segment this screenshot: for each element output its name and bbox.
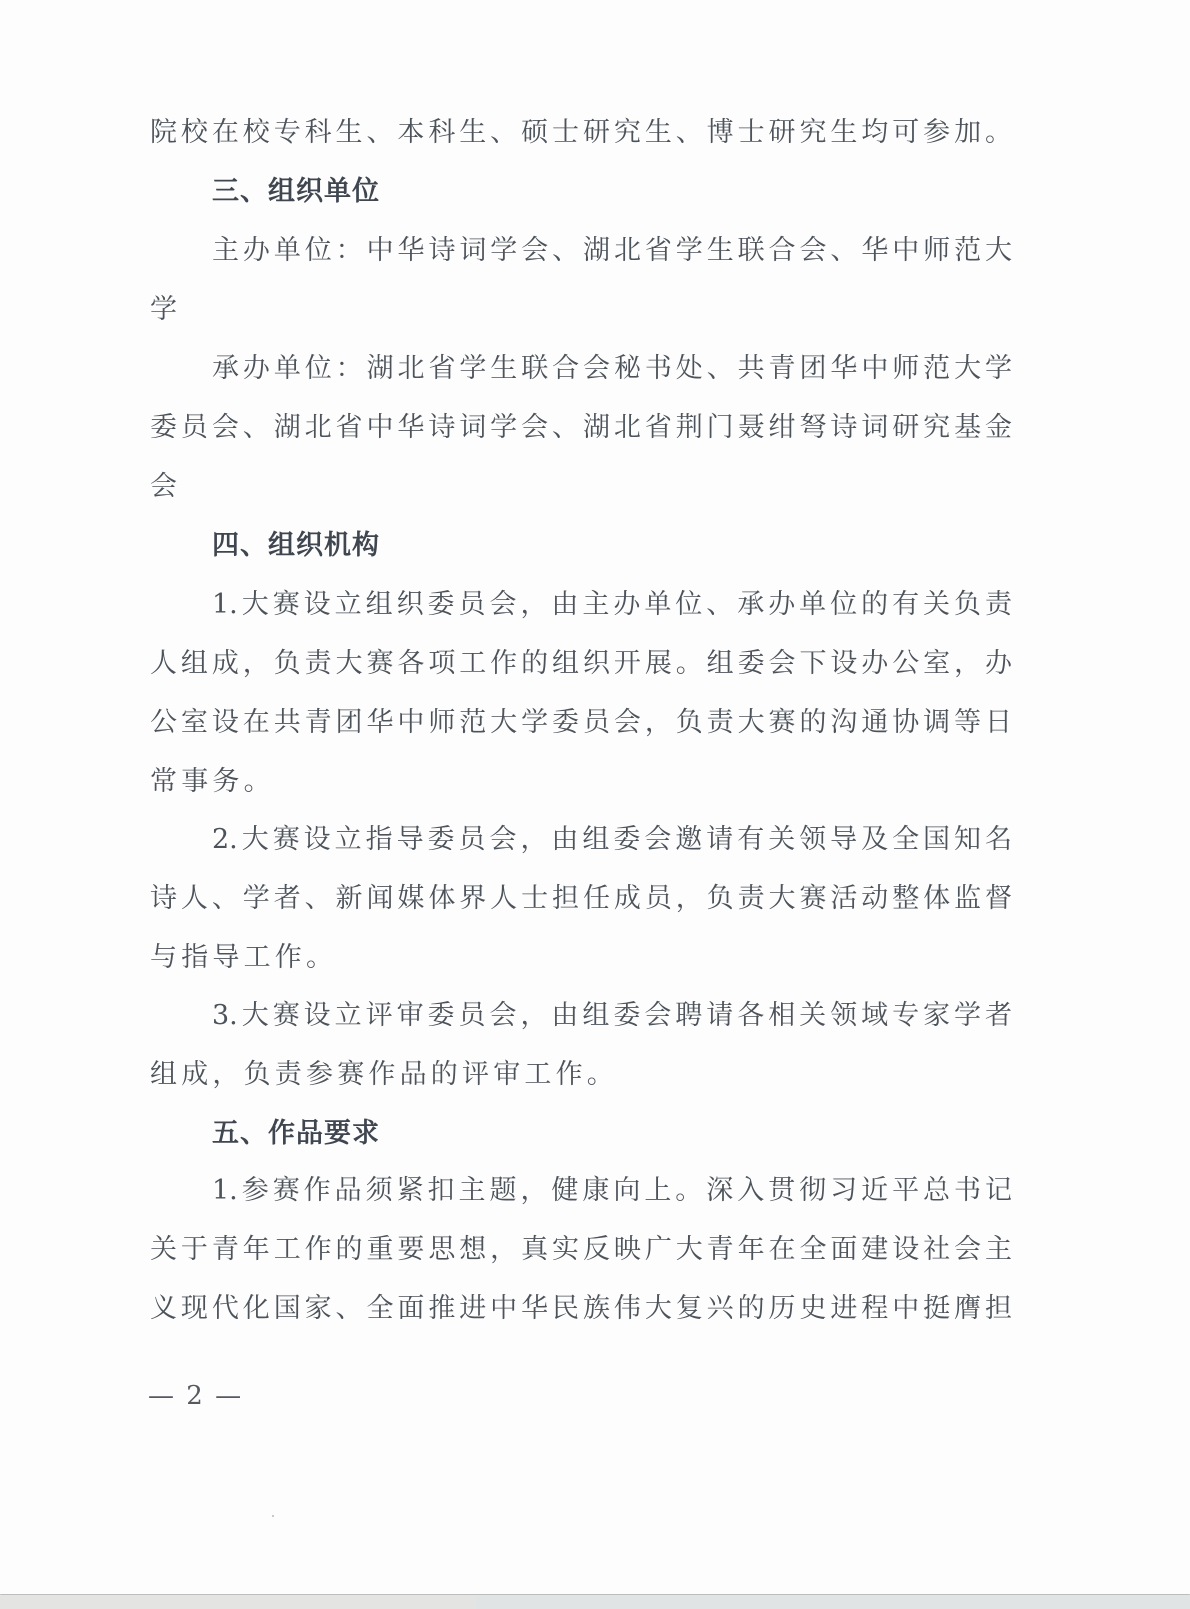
text-line: 学 <box>150 290 1012 330</box>
text-line: 1.大赛设立组织委员会，由主办单位、承办单位的有关负责 <box>212 585 1012 625</box>
text-line: 承办单位：湖北省学生联合会秘书处、共青团华中师范大学 <box>212 349 1012 389</box>
section-heading-organizers: 三、组织单位 <box>212 172 380 212</box>
document-page: 院校在校专科生、本科生、硕士研究生、博士研究生均可参加。 三、组织单位 主办单位… <box>0 0 1190 1594</box>
viewer-bottom-bar <box>0 1595 1190 1609</box>
text-line: 3.大赛设立评审委员会，由组委会聘请各相关领域专家学者 <box>212 996 1012 1036</box>
text-line: 与指导工作。 <box>150 938 1012 978</box>
text-line: 院校在校专科生、本科生、硕士研究生、博士研究生均可参加。 <box>150 113 1012 153</box>
section-heading-work-requirements: 五、作品要求 <box>212 1114 380 1154</box>
section-heading-organization: 四、组织机构 <box>212 526 380 566</box>
text-line: 公室设在共青团华中师范大学委员会，负责大赛的沟通协调等日 <box>150 703 1012 743</box>
text-line: 关于青年工作的重要思想，真实反映广大青年在全面建设社会主 <box>150 1230 1012 1270</box>
text-line: 委员会、湖北省中华诗词学会、湖北省荆门聂绀弩诗词研究基金 <box>150 408 1012 448</box>
scan-speck <box>272 1515 274 1517</box>
text-line: 诗人、学者、新闻媒体界人士担任成员，负责大赛活动整体监督 <box>150 879 1012 919</box>
text-line: 常事务。 <box>150 762 1012 802</box>
text-line: 主办单位：中华诗词学会、湖北省学生联合会、华中师范大 <box>212 231 1012 271</box>
page-number: — 2 — <box>148 1376 243 1416</box>
text-line: 人组成，负责大赛各项工作的组织开展。组委会下设办公室，办 <box>150 644 1012 684</box>
text-line: 会 <box>150 467 1012 507</box>
text-line: 1.参赛作品须紧扣主题，健康向上。深入贯彻习近平总书记 <box>212 1171 1012 1211</box>
text-line: 组成，负责参赛作品的评审工作。 <box>150 1055 1012 1095</box>
text-line: 义现代化国家、全面推进中华民族伟大复兴的历史进程中挺膺担 <box>150 1289 1012 1329</box>
text-line: 2.大赛设立指导委员会，由组委会邀请有关领导及全国知名 <box>212 820 1012 860</box>
